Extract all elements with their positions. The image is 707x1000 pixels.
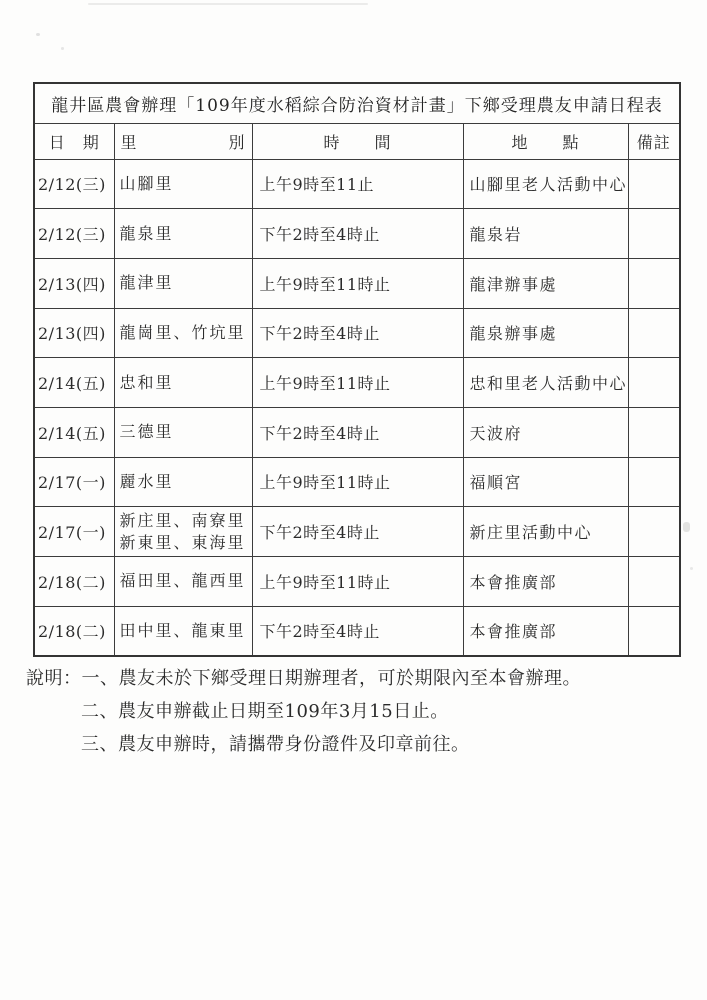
- cell-date: 2/12(三): [34, 209, 114, 259]
- cell-date: 2/12(三): [34, 159, 114, 209]
- cell-village: 山腳里: [114, 159, 252, 209]
- cell-village: 福田里、龍西里: [114, 557, 252, 607]
- schedule-table: 龍井區農會辦理「109年度水稻綜合防治資材計畫」下鄉受理農友申請日程表 日 期 …: [33, 82, 681, 657]
- note-line-3: 三、農友申辦時，請攜帶身份證件及印章前往。: [81, 728, 581, 761]
- note-item-3: 三、農友申辦時，請攜帶身份證件及印章前往。: [81, 734, 470, 755]
- cell-date: 2/14(五): [34, 407, 114, 457]
- cell-location: 龍泉辦事處: [463, 308, 628, 358]
- header-cell-remark: 備註: [628, 123, 680, 159]
- cell-time: 下午2時至4時止: [252, 209, 463, 259]
- cell-time: 下午2時至4時止: [252, 606, 463, 656]
- header-row: 日 期 里 別 時 間 地 點 備註: [34, 123, 680, 159]
- cell-time: 下午2時至4時止: [252, 407, 463, 457]
- cell-location: 本會推廣部: [463, 557, 628, 607]
- cell-time: 上午9時至11時止: [252, 457, 463, 507]
- notes-label: 說明：: [26, 668, 82, 689]
- cell-time: 上午9時至11時止: [252, 358, 463, 408]
- table-row: 2/13(四) 龍津里 上午9時至11時止 龍津辦事處: [34, 258, 680, 308]
- scan-speck: [690, 567, 693, 570]
- cell-village: 龍泉里: [114, 209, 252, 259]
- table-row: 2/12(三) 龍泉里 下午2時至4時止 龍泉岩: [34, 209, 680, 259]
- table-row: 2/14(五) 三德里 下午2時至4時止 天波府: [34, 407, 680, 457]
- table-row: 2/14(五) 忠和里 上午9時至11時止 忠和里老人活動中心: [34, 358, 680, 408]
- cell-village: 麗水里: [114, 457, 252, 507]
- scan-speck: [61, 47, 64, 50]
- cell-date: 2/18(二): [34, 557, 114, 607]
- cell-village: 三德里: [114, 407, 252, 457]
- scan-smudge: [88, 3, 368, 5]
- header-cell-time: 時 間: [252, 123, 463, 159]
- cell-time: 上午9時至11時止: [252, 557, 463, 607]
- document-title: 龍井區農會辦理「109年度水稻綜合防治資材計畫」下鄉受理農友申請日程表: [34, 83, 680, 123]
- cell-date: 2/14(五): [34, 358, 114, 408]
- table-row: 2/18(二) 田中里、龍東里 下午2時至4時止 本會推廣部: [34, 606, 680, 656]
- scan-smudge: [683, 522, 690, 532]
- cell-remark: [628, 507, 680, 557]
- header-cell-location: 地 點: [463, 123, 628, 159]
- cell-location: 天波府: [463, 407, 628, 457]
- cell-date: 2/13(四): [34, 258, 114, 308]
- cell-location: 福順宮: [463, 457, 628, 507]
- cell-village: 新庄里、南寮里 新東里、東海里: [114, 507, 252, 557]
- cell-time: 下午2時至4時止: [252, 308, 463, 358]
- cell-date: 2/17(一): [34, 507, 114, 557]
- cell-remark: [628, 159, 680, 209]
- header-cell-date: 日 期: [34, 123, 114, 159]
- cell-location: 龍泉岩: [463, 209, 628, 259]
- scan-speck: [36, 33, 40, 36]
- table-row: 2/18(二) 福田里、龍西里 上午9時至11時止 本會推廣部: [34, 557, 680, 607]
- note-line-1: 說明：一、農友未於下鄉受理日期辦理者，可於期限內至本會辦理。: [26, 662, 581, 695]
- cell-village: 龍崗里、竹坑里: [114, 308, 252, 358]
- cell-remark: [628, 457, 680, 507]
- cell-remark: [628, 209, 680, 259]
- cell-village: 龍津里: [114, 258, 252, 308]
- cell-date: 2/18(二): [34, 606, 114, 656]
- cell-location: 龍津辦事處: [463, 258, 628, 308]
- cell-remark: [628, 358, 680, 408]
- header-village-right: 別: [228, 130, 245, 153]
- cell-location: 山腳里老人活動中心: [463, 159, 628, 209]
- cell-remark: [628, 407, 680, 457]
- cell-remark: [628, 606, 680, 656]
- note-item-1: 一、農友未於下鄉受理日期辦理者，可於期限內至本會辦理。: [82, 668, 582, 689]
- table-row: 2/12(三) 山腳里 上午9時至11止 山腳里老人活動中心: [34, 159, 680, 209]
- scanned-document-page: 龍井區農會辦理「109年度水稻綜合防治資材計畫」下鄉受理農友申請日程表 日 期 …: [0, 0, 707, 1000]
- cell-time: 上午9時至11時止: [252, 258, 463, 308]
- header-village-left: 里: [121, 130, 138, 153]
- table-row: 2/17(一) 麗水里 上午9時至11時止 福順宮: [34, 457, 680, 507]
- cell-location: 忠和里老人活動中心: [463, 358, 628, 408]
- header-cell-village: 里 別: [114, 123, 252, 159]
- cell-village: 忠和里: [114, 358, 252, 408]
- cell-location: 新庄里活動中心: [463, 507, 628, 557]
- cell-remark: [628, 557, 680, 607]
- table-row: 2/13(四) 龍崗里、竹坑里 下午2時至4時止 龍泉辦事處: [34, 308, 680, 358]
- note-line-2: 二、農友申辦截止日期至109年3月15日止。: [81, 695, 581, 728]
- title-row: 龍井區農會辦理「109年度水稻綜合防治資材計畫」下鄉受理農友申請日程表: [34, 83, 680, 123]
- cell-village: 田中里、龍東里: [114, 606, 252, 656]
- table-row: 2/17(一) 新庄里、南寮里 新東里、東海里 下午2時至4時止 新庄里活動中心: [34, 507, 680, 557]
- notes-section: 說明：一、農友未於下鄉受理日期辦理者，可於期限內至本會辦理。 二、農友申辦截止日…: [26, 662, 581, 761]
- cell-time: 上午9時至11止: [252, 159, 463, 209]
- cell-location: 本會推廣部: [463, 606, 628, 656]
- cell-date: 2/13(四): [34, 308, 114, 358]
- note-item-2: 二、農友申辦截止日期至109年3月15日止。: [81, 701, 449, 722]
- cell-remark: [628, 258, 680, 308]
- cell-remark: [628, 308, 680, 358]
- cell-time: 下午2時至4時止: [252, 507, 463, 557]
- cell-date: 2/17(一): [34, 457, 114, 507]
